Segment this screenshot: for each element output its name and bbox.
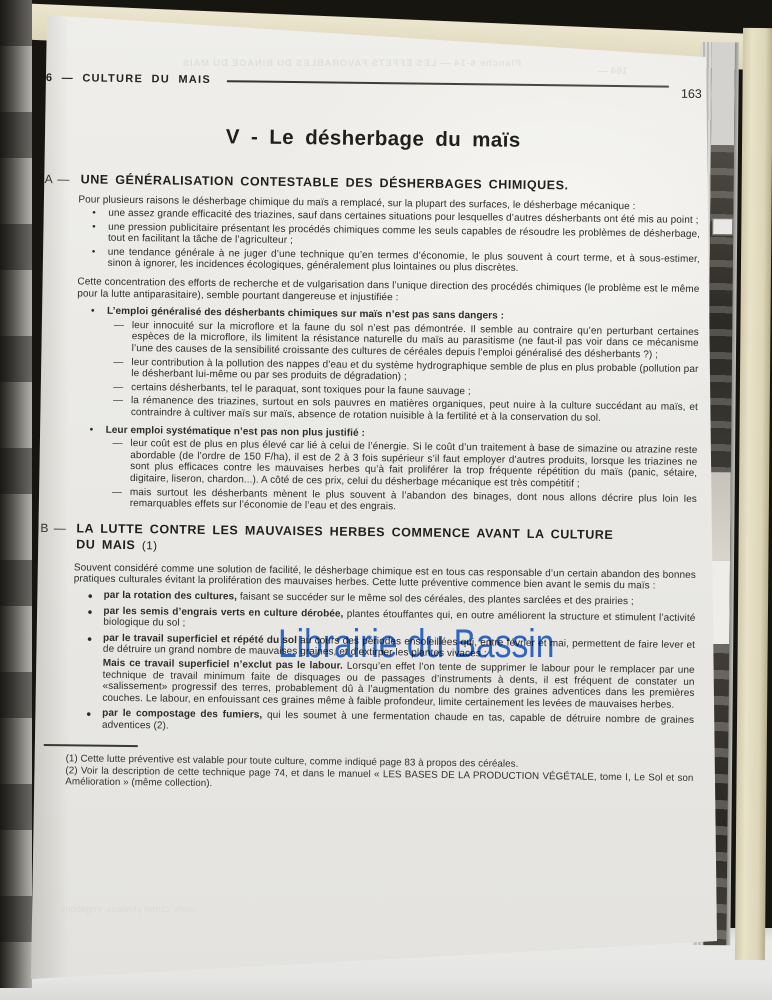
- dash-text: la rémanence des triazines, surtout en s…: [131, 395, 698, 423]
- section-b-label: B —: [40, 520, 76, 535]
- big-bullet-icon: ●: [87, 606, 92, 618]
- dash-item: — leur innocuité sur la microflore et la…: [77, 319, 699, 361]
- chapter-title: V - Le désherbage du maïs: [45, 123, 701, 155]
- section-a: A — UNE GÉNÉRALISATION CONTESTABLE DES D…: [41, 171, 701, 517]
- verso-showthrough-pagenum: 164 —: [598, 66, 627, 77]
- dash-text: leur innocuité sur la microflore et la f…: [132, 320, 699, 361]
- header-rule: [227, 80, 669, 87]
- book-photo: { "glyphs": { "bullet": "•", "big_bullet…: [0, 0, 772, 1000]
- argument-lead-text: Leur emploi systématique n’est pas non p…: [106, 424, 365, 438]
- big-bullet-icon: ●: [88, 590, 93, 602]
- practice-item: ● par le compostage des fumiers,qui les …: [72, 708, 694, 739]
- dash-item: — la rémanence des triazines, surtout en…: [76, 395, 698, 426]
- dash-icon: —: [112, 438, 122, 450]
- dash-text: leur coût est de plus en plus élevé car …: [130, 438, 698, 489]
- edge-caption-box: [712, 218, 733, 235]
- section-a-heading-row: A — UNE GÉNÉRALISATION CONTESTABLE DES D…: [45, 171, 701, 196]
- page-content: 6 — CULTURE DU MAIS 163 V - Le désherbag…: [37, 72, 702, 796]
- section-b-heading: LA LUTTE CONTRE LES MAUVAISES HERBES COM…: [76, 520, 628, 561]
- practice-text: faisant se succéder sur le même sol des …: [240, 591, 634, 607]
- verso-showthrough-caption: maïs, climat pluvieux, irrigation): [62, 904, 195, 915]
- dash-icon: —: [113, 395, 123, 407]
- edge-photo-segment: [708, 145, 734, 472]
- dash-text: certains désherbants, tel le paraquat, s…: [131, 382, 471, 397]
- paragraph: Souvent considéré comme une solution de …: [74, 562, 696, 593]
- page-number: 163: [681, 87, 702, 101]
- dash-item: — leur coût est de plus en plus élevé ca…: [75, 438, 698, 492]
- bullet-icon: •: [92, 221, 96, 233]
- dash-icon: —: [113, 382, 123, 394]
- bullet-icon: •: [91, 306, 95, 318]
- bullet-icon: •: [92, 208, 96, 220]
- facing-page-glimpse: [0, 0, 32, 988]
- edge-segment: [711, 42, 735, 145]
- big-bullet-icon: ●: [86, 709, 91, 721]
- bullet-item: • une tendance générale à ne juger d’une…: [78, 246, 700, 277]
- dash-item: — mais surtout les désherbants mènent le…: [75, 486, 697, 517]
- bullet-icon: •: [92, 246, 96, 258]
- bullet-icon: •: [90, 424, 94, 436]
- dash-icon: —: [112, 486, 122, 498]
- big-bullet-icon: ●: [87, 633, 92, 645]
- library-watermark: Librairie du Bassin: [278, 622, 554, 667]
- section-a-label: A —: [45, 171, 81, 186]
- chapter-label: 6 — CULTURE DU MAIS: [46, 72, 211, 86]
- section-b-heading-footnote-ref: (1): [142, 540, 158, 552]
- footnote-rule: [44, 744, 138, 747]
- section-a-heading: UNE GÉNÉRALISATION CONTESTABLE DES DÉSHE…: [81, 171, 569, 193]
- book-cover-right-edge: [735, 28, 772, 960]
- paragraph: Cette concentration des efforts de reche…: [77, 276, 699, 307]
- dash-icon: —: [114, 320, 124, 332]
- footnotes: (1) Cette lutte préventive est valable p…: [65, 745, 693, 796]
- section-b-heading-row: B — LA LUTTE CONTRE LES MAUVAISES HERBES…: [40, 520, 696, 562]
- verso-showthrough-header: Planche 6-14 — LES EFFETS FAVORABLES DU …: [182, 58, 521, 69]
- dash-icon: —: [113, 356, 123, 368]
- practice-lead: par la rotation des cultures,: [104, 590, 240, 603]
